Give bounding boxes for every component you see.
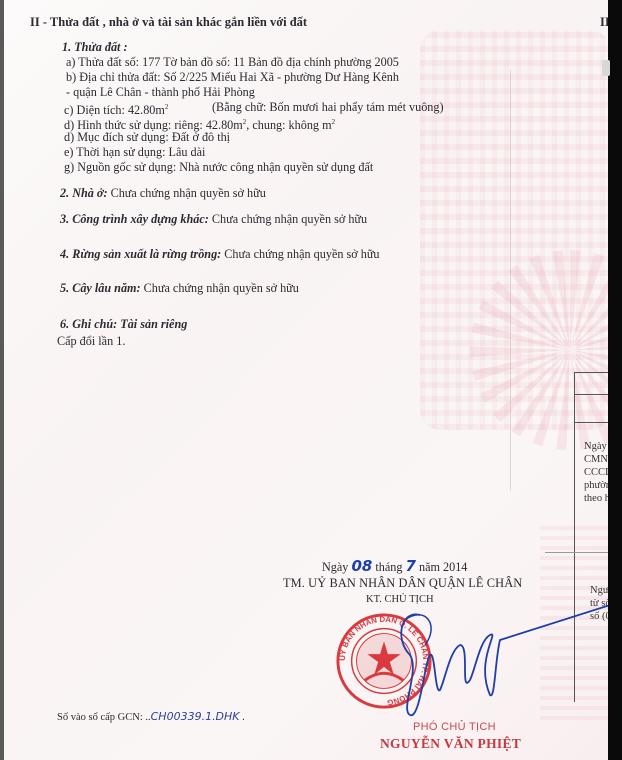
land-plot-area-words: (Bằng chữ: Bốn mươi hai phẩy tám mét vuô… [212,100,444,114]
perennial-value: Chưa chứng nhận quyền sở hữu [144,281,299,295]
table-rule [575,422,608,423]
registry-value: CH00339.1.DHK [151,710,240,723]
registry-number: Số vào sổ cấp GCN: ..CH00339.1.DHK . [57,710,245,725]
date-year: năm 2014 [419,560,467,574]
date-day: 08 [351,557,372,575]
registry-suffix: . [240,712,245,723]
usage-form-b: , chung: không m [246,118,331,132]
certificate-page: II - Thửa đất , nhà ở và tài sản khác gắ… [0,0,608,760]
house-section: 2. Nhà ở: Chưa chứng nhận quyền sở hữu [60,186,266,200]
perennial-label: 5. Cây lâu năm: [60,281,141,295]
right-page-marker: II [600,15,608,29]
usage-form-sup2: 2 [332,118,336,126]
construction-value: Chưa chứng nhận quyền sở hữu [212,212,367,226]
land-plot-address: b) Địa chỉ thửa đất: Số 2/225 Miếu Hai X… [66,70,399,84]
area-sup: 2 [165,103,169,111]
signer-name: NGUYỄN VĂN PHIỆT [380,737,521,751]
land-plot-heading: 1. Thửa đất : [62,40,128,54]
land-plot-origin: g) Nguồn gốc sử dụng: Nhà nước công nhận… [64,160,373,174]
issue-date: Ngày 08 tháng 7 năm 2014 [322,559,467,574]
note-label: 6. Ghi chú: Tài sản riêng [60,317,187,331]
land-plot-address-cont: - quận Lê Chân - thành phố Hải Phòng [66,85,255,99]
land-plot-purpose: d) Mục đích sử dụng: Đất ở đô thị [64,130,230,144]
table-rule [545,552,608,553]
left-edge [0,0,4,760]
land-plot-line-a: a) Thửa đất số: 177 Tờ bản đồ số: 11 Bản… [66,55,399,69]
handwritten-signature-icon [380,600,608,730]
fragment-line: CMNI [584,453,608,466]
forest-section: 4. Rừng sản xuất là rừng trồng: Chưa chứ… [60,247,380,261]
date-month: 7 [406,557,416,575]
issuing-organization: TM. UỶ BAN NHÂN DÂN QUẬN LÊ CHÂN [283,576,522,590]
page-fold-line [510,70,511,490]
construction-section: 3. Công trình xây dựng khác: Chưa chứng … [60,212,367,226]
forest-value: Chưa chứng nhận quyền sở hữu [224,247,379,261]
house-value: Chưa chứng nhận quyền sở hữu [111,186,266,200]
perennial-section: 5. Cây lâu năm: Chưa chứng nhận quyền sở… [60,281,299,295]
date-month-label: tháng [375,560,402,574]
section-title: II - Thửa đất , nhà ở và tài sản khác gắ… [30,15,307,29]
house-label: 2. Nhà ở: [60,186,108,200]
fragment-line: phườn [584,479,608,492]
fragment-line: Ngườ [590,584,608,597]
scan-border-right [608,0,622,760]
fragment-line: Ngày [584,440,608,453]
table-rule [575,372,608,373]
fragment-line: CCCD [584,466,608,479]
fragment-line: theo h [584,492,608,505]
note-value: Cấp đổi lần 1. [57,334,125,348]
forest-label: 4. Rừng sản xuất là rừng trồng: [60,247,221,261]
table-rule [575,394,608,395]
land-plot-term: e) Thời hạn sử dụng: Lâu dài [64,145,205,159]
scan-border-nub [602,60,610,76]
right-fragment-1: Ngày CMNI CCCD phườn theo h [584,440,608,505]
registry-label: Số vào sổ cấp GCN: .. [57,712,151,723]
signer-position: PHÓ CHỦ TỊCH [413,720,496,734]
date-prefix: Ngày [322,560,348,574]
construction-label: 3. Công trình xây dựng khác: [60,212,209,226]
